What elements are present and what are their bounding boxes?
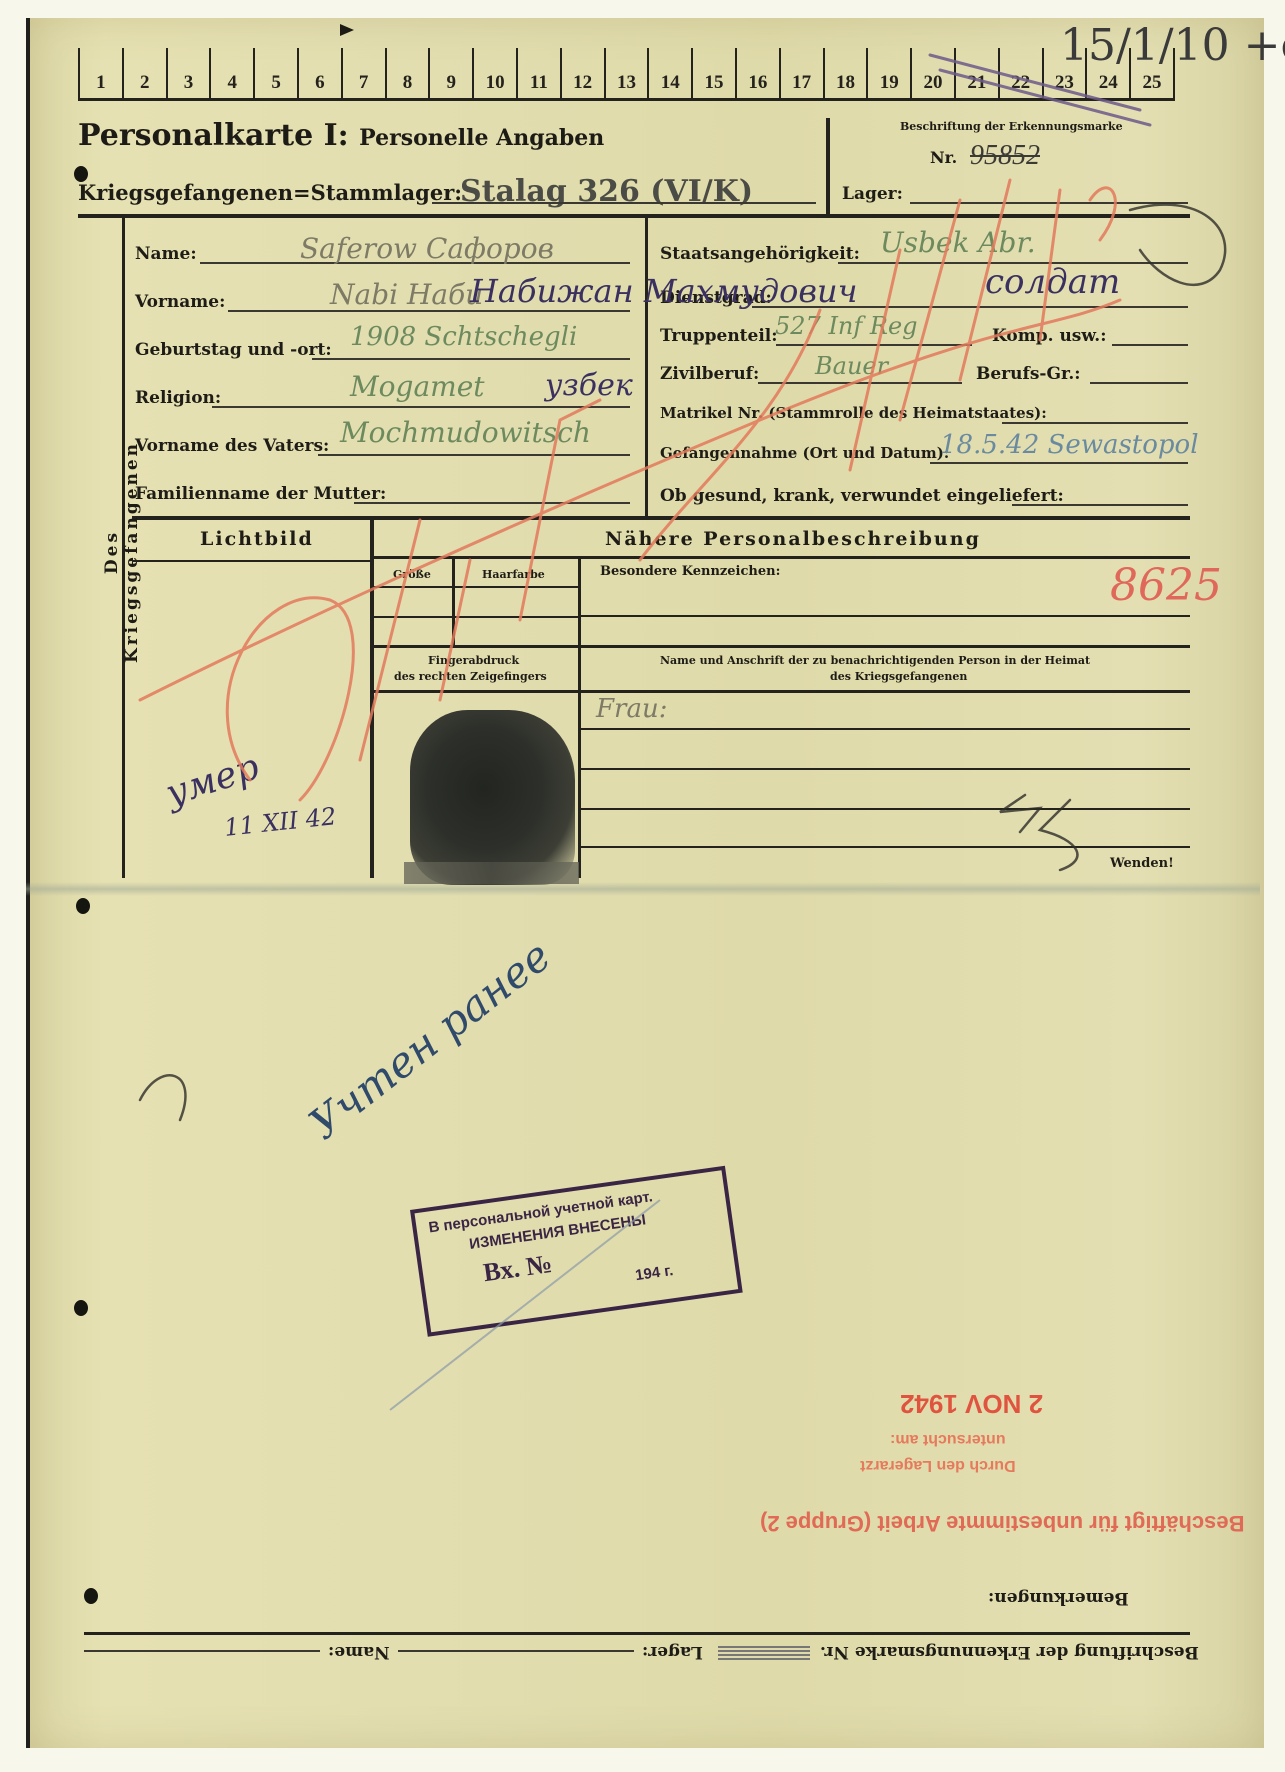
ruler-number: 22	[1000, 72, 1042, 94]
field-label: Vorname des Vaters:	[135, 436, 329, 456]
field-underline[interactable]	[758, 382, 962, 384]
field-underline[interactable]	[930, 462, 1188, 464]
hatched-box	[718, 1646, 810, 1662]
ruler-number: 25	[1131, 72, 1173, 94]
ruler-number: 21	[956, 72, 998, 94]
underline	[398, 1650, 634, 1652]
bemerkungen-label: Bemerkungen:	[988, 1588, 1129, 1608]
field-label: Berufs-Gr.:	[976, 364, 1081, 384]
title-sub: Personelle Angaben	[359, 125, 604, 151]
field-underline[interactable]	[312, 358, 630, 360]
ruler-cell: 22	[998, 48, 1042, 98]
rule	[580, 846, 1190, 848]
underline	[910, 202, 1188, 204]
red-number: 8625	[1110, 560, 1222, 611]
rule	[580, 768, 1190, 770]
field-label: Truppenteil:	[660, 326, 778, 346]
top-right-annotation: 15/1/10 +c	[1060, 20, 1285, 71]
fingerprint-image	[410, 710, 575, 885]
field-underline[interactable]	[354, 502, 630, 504]
field-label: Gefangennahme (Ort und Datum):	[660, 444, 949, 462]
underline	[432, 202, 816, 204]
ruler-number: 1	[80, 72, 122, 94]
geburt-value[interactable]: 1908 Schtschegli	[350, 322, 577, 352]
erkennungsmarke-label: Beschriftung der Erkennungsmarke	[900, 120, 1123, 133]
ruler-number: 16	[737, 72, 779, 94]
ruler-number: 15	[693, 72, 735, 94]
arrow-marker-icon	[340, 24, 354, 36]
kennzeichen-label: Besondere Kennzeichen:	[600, 564, 780, 579]
ruler-number: 9	[430, 72, 472, 94]
red-stamp-line-c: Beschäftigt für unbestimmte Arbeit (Grup…	[760, 1510, 1244, 1536]
ruler-number: 13	[606, 72, 648, 94]
rule	[132, 560, 370, 562]
field-underline[interactable]	[1002, 422, 1188, 424]
ruler-cell: 7	[341, 48, 385, 98]
field-label: Matrikel Nr. (Stammrolle des Heimatstaat…	[660, 404, 1047, 422]
ruler-cell: 8	[385, 48, 429, 98]
divider	[826, 118, 830, 218]
field-label: Staatsangehörigkeit:	[660, 244, 860, 264]
lager-label: Lager:	[842, 184, 903, 204]
ruler-cell: 13	[604, 48, 648, 98]
fold-crease	[26, 882, 1260, 896]
name-value[interactable]: Saferow Сафоров	[300, 232, 554, 265]
wenden-label: Wenden!	[1110, 856, 1174, 871]
ruler-cell: 19	[866, 48, 910, 98]
title-main: Personalkarte I:	[78, 118, 349, 153]
ruler-number: 2	[124, 72, 166, 94]
field-label: Name:	[135, 244, 197, 264]
ruler-number: 24	[1087, 72, 1129, 94]
field-underline[interactable]	[318, 454, 630, 456]
ruler-cell: 2	[122, 48, 166, 98]
ruler-number: 12	[562, 72, 604, 94]
field-label: Vorname:	[135, 292, 225, 312]
number-ruler: 1234567891011121314151617181920212223242…	[78, 48, 1175, 101]
page-title: Personalkarte I: Personelle Angaben	[78, 118, 604, 153]
vorname-russian: Набижан Махмудович	[470, 272, 858, 310]
zivilberuf-value[interactable]: Bauer	[815, 352, 888, 380]
ruler-cell: 17	[779, 48, 823, 98]
rule	[372, 616, 578, 618]
ruler-number: 17	[781, 72, 823, 94]
ruler-number: 20	[912, 72, 954, 94]
section-rule	[132, 516, 1190, 520]
red-stamp-line-b: Durch den Lagerarzt	[860, 1456, 1016, 1474]
field-underline[interactable]	[776, 344, 972, 346]
gefangennahme-value[interactable]: 18.5.42 Sewastopol	[940, 430, 1199, 460]
field-label: Familienname der Mutter:	[135, 484, 386, 504]
field-label: Zivilberuf:	[660, 364, 759, 384]
rule	[372, 586, 578, 588]
bottom-rule	[84, 1632, 1190, 1635]
ruler-number: 10	[474, 72, 516, 94]
field-label: Religion:	[135, 388, 221, 408]
ruler-number: 3	[168, 72, 210, 94]
staatsangehoerigkeit-value[interactable]: Usbek Abr.	[880, 226, 1036, 259]
ruler-number: 23	[1044, 72, 1086, 94]
ruler-cell: 21	[954, 48, 998, 98]
ruler-cell: 5	[253, 48, 297, 98]
stammlager-label: Kriegsgefangenen=Stammlager:	[78, 180, 462, 205]
bottom-lager-label: Lager:	[642, 1642, 703, 1662]
field-underline[interactable]	[1012, 504, 1188, 506]
groesse-label: Größe	[393, 568, 431, 581]
field-label: Geburtstag und -ort:	[135, 340, 332, 360]
ruler-cell: 1	[78, 48, 122, 98]
ruler-cell: 12	[560, 48, 604, 98]
ruler-cell: 15	[691, 48, 735, 98]
ruler-number: 18	[825, 72, 867, 94]
column-divider	[578, 558, 581, 878]
fingerabdruck-label-1: Fingerabdruck	[428, 654, 519, 667]
haarfarbe-label: Haarfarbe	[482, 568, 545, 581]
field-label: Ob gesund, krank, verwundet eingeliefert…	[660, 486, 1064, 506]
ruler-cell: 6	[297, 48, 341, 98]
rule	[580, 728, 1190, 730]
red-stamp-line-a: untersucht am:	[890, 1430, 1006, 1448]
rule	[372, 690, 1190, 693]
vater-value[interactable]: Mochmudowitsch	[340, 416, 591, 449]
column-divider	[452, 558, 455, 648]
fingerabdruck-label-2: des rechten Zeigefingers	[394, 670, 547, 683]
ruler-cell: 16	[735, 48, 779, 98]
side-label: Des Kriegsgefangenen	[102, 422, 142, 682]
ruler-cell: 20	[910, 48, 954, 98]
rule	[580, 808, 1190, 810]
ruler-cell: 10	[472, 48, 516, 98]
ruler-number: 19	[868, 72, 910, 94]
rule	[580, 615, 1190, 617]
ruler-number: 8	[387, 72, 429, 94]
ruler-number: 4	[211, 72, 253, 94]
ruler-cell: 18	[823, 48, 867, 98]
underline	[84, 1650, 320, 1652]
ruler-number: 11	[518, 72, 560, 94]
religion-value[interactable]: Mogamet	[350, 370, 485, 403]
ruler-number: 14	[649, 72, 691, 94]
field-label: Komp. usw.:	[992, 326, 1107, 346]
beschreibung-header: Nähere Personalbeschreibung	[605, 528, 981, 550]
fingerprint-smudge	[404, 862, 579, 884]
vorname-value[interactable]: Nabi Наби	[330, 278, 483, 311]
truppenteil-value[interactable]: 527 Inf Reg	[775, 312, 918, 340]
lichtbild-label: Lichtbild	[200, 528, 314, 550]
punch-hole	[84, 1588, 98, 1604]
column-divider	[370, 518, 374, 878]
ruler-cell: 11	[516, 48, 560, 98]
ruler-number: 7	[343, 72, 385, 94]
religion-russian: узбек	[545, 368, 633, 403]
dienstgrad-russian: солдат	[985, 262, 1120, 302]
ruler-cell: 3	[166, 48, 210, 98]
field-underline[interactable]	[212, 406, 630, 408]
punch-hole	[74, 1300, 88, 1316]
ruler-number: 6	[299, 72, 341, 94]
stamp-line-4: 194 г.	[634, 1262, 674, 1284]
rule	[372, 556, 1190, 559]
field-underline[interactable]	[1090, 382, 1188, 384]
punch-hole	[76, 898, 90, 914]
notify-label-1: Name und Anschrift der zu benachrichtige…	[660, 654, 1090, 667]
section-rule	[78, 214, 1190, 218]
ruler-cell: 4	[209, 48, 253, 98]
erkennungsmarke-nr-label: Nr.	[930, 148, 957, 167]
ruler-cell: 9	[428, 48, 472, 98]
stamp-line-3: Вх. №	[481, 1249, 554, 1288]
ruler-number: 5	[255, 72, 297, 94]
notify-label-2: des Kriegsgefangenen	[830, 670, 967, 683]
erkennungsmarke-number: 95852	[970, 140, 1040, 172]
notify-value[interactable]: Frau:	[596, 694, 667, 724]
column-divider	[645, 218, 648, 518]
bottom-erkennung-label: Beschriftung der Erkennungsmarke Nr.	[820, 1642, 1199, 1662]
rule	[372, 645, 1190, 648]
ruler-cell: 14	[647, 48, 691, 98]
field-underline[interactable]	[1112, 344, 1188, 346]
red-stamp-date: 2 NOV 1942	[900, 1388, 1043, 1419]
bottom-name-label: Name:	[328, 1642, 390, 1662]
